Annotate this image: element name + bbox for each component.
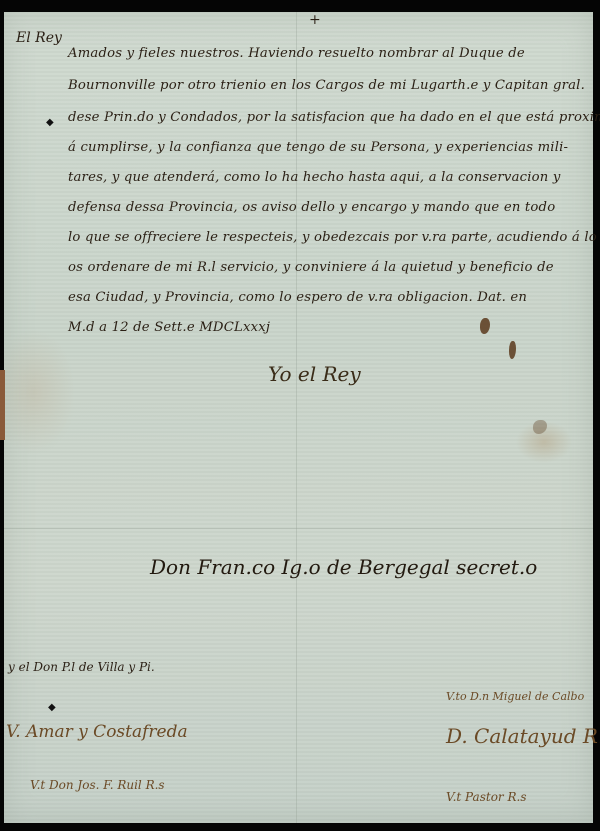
horizontal-fold-line [4, 528, 593, 529]
body-line-3: dese Prin.do y Condados, por la satisfac… [68, 110, 600, 125]
bottom-right-registered: V.t Pastor R.s [446, 790, 526, 804]
bottom-left-note: y el Don P.l de Villa y Pi. [8, 660, 155, 674]
top-cross-mark: + [309, 12, 321, 28]
binding-tab [0, 370, 5, 440]
body-line-4: á cumplirse, y la confianza que tengo de… [68, 140, 568, 155]
bottom-left-signature: V. Amar y Costafreda [6, 722, 188, 742]
bottom-right-note: V.to D.n Miguel de Calbo [446, 690, 584, 703]
margin-dot-mark: ◆ [46, 117, 54, 128]
bottom-right-signature: D. Calatayud R. [446, 724, 600, 748]
heading-el-rey: El Rey [16, 30, 62, 46]
body-line-7: lo que se offreciere le respecteis, y ob… [68, 230, 600, 245]
body-line-9: esa Ciudad, y Provincia, como lo espero … [68, 290, 527, 305]
body-line-2: Bournonville por otro trienio en los Car… [68, 78, 585, 93]
body-line-10-date: M.d a 12 de Sett.e MDCLxxxj [68, 320, 270, 335]
bottom-left-registered: V.t Don Jos. F. Ruil R.s [30, 778, 165, 792]
royal-signature: Yo el Rey [268, 362, 361, 386]
body-line-5: tares, y que atenderá, como lo ha hecho … [68, 170, 561, 185]
secretary-signature: Don Fran.co Ig.o de Bergegal secret.o [150, 555, 537, 579]
body-line-8: os ordenare de mi R.l servicio, y convin… [68, 260, 554, 275]
vertical-fold-line [296, 12, 297, 823]
margin-dot-mark-lower: ◆ [48, 702, 56, 713]
body-line-6: defensa dessa Provincia, os aviso dello … [68, 200, 555, 215]
body-line-1: Amados y fieles nuestros. Haviendo resue… [68, 46, 525, 61]
